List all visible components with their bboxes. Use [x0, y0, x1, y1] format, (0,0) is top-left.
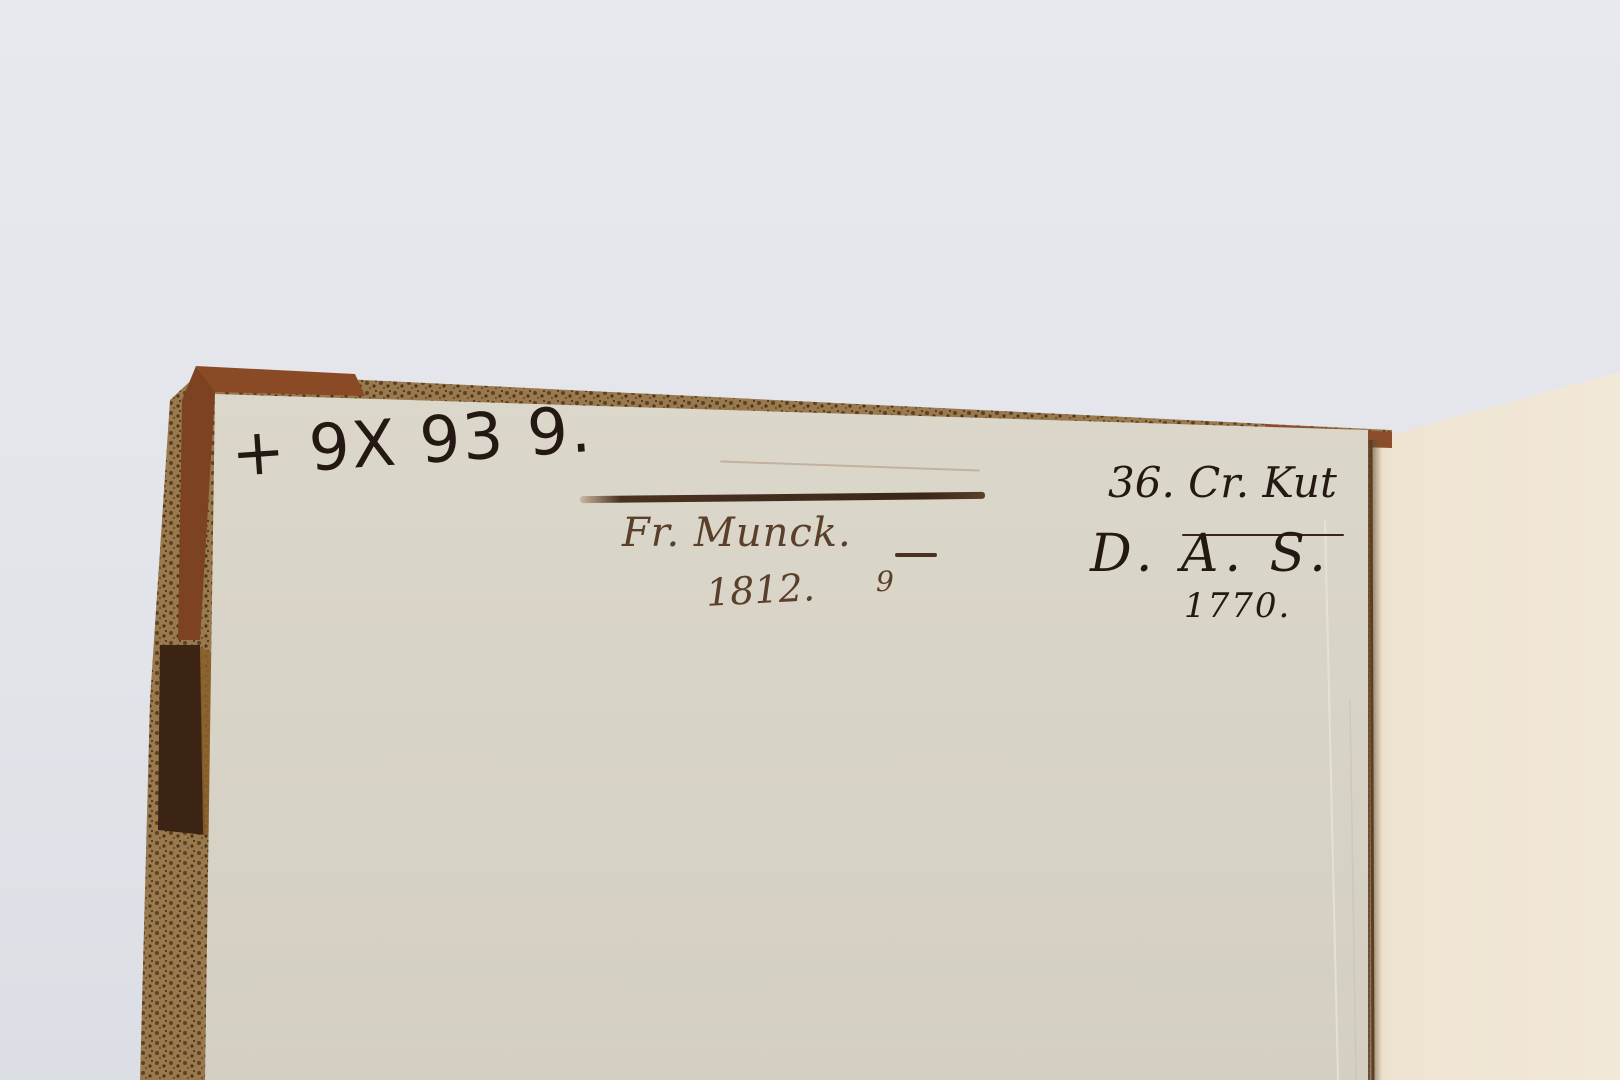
- price-inscription: 36. Cr. Kut: [1108, 458, 1337, 507]
- owner-year-inscription: 1812.: [705, 565, 816, 615]
- owner-mark-inscription: 9: [876, 565, 894, 598]
- owner-name-underline: [895, 553, 937, 557]
- previous-owner-year-inscription: 1770.: [1184, 586, 1291, 626]
- owner-name-inscription: Fr. Munck.: [622, 510, 852, 556]
- book-photo: + 9X 93 9. Fr. Munck. 1812. 9 36. Cr. Ku…: [0, 0, 1620, 1080]
- initials-inscription: D. A. S.: [1090, 524, 1332, 584]
